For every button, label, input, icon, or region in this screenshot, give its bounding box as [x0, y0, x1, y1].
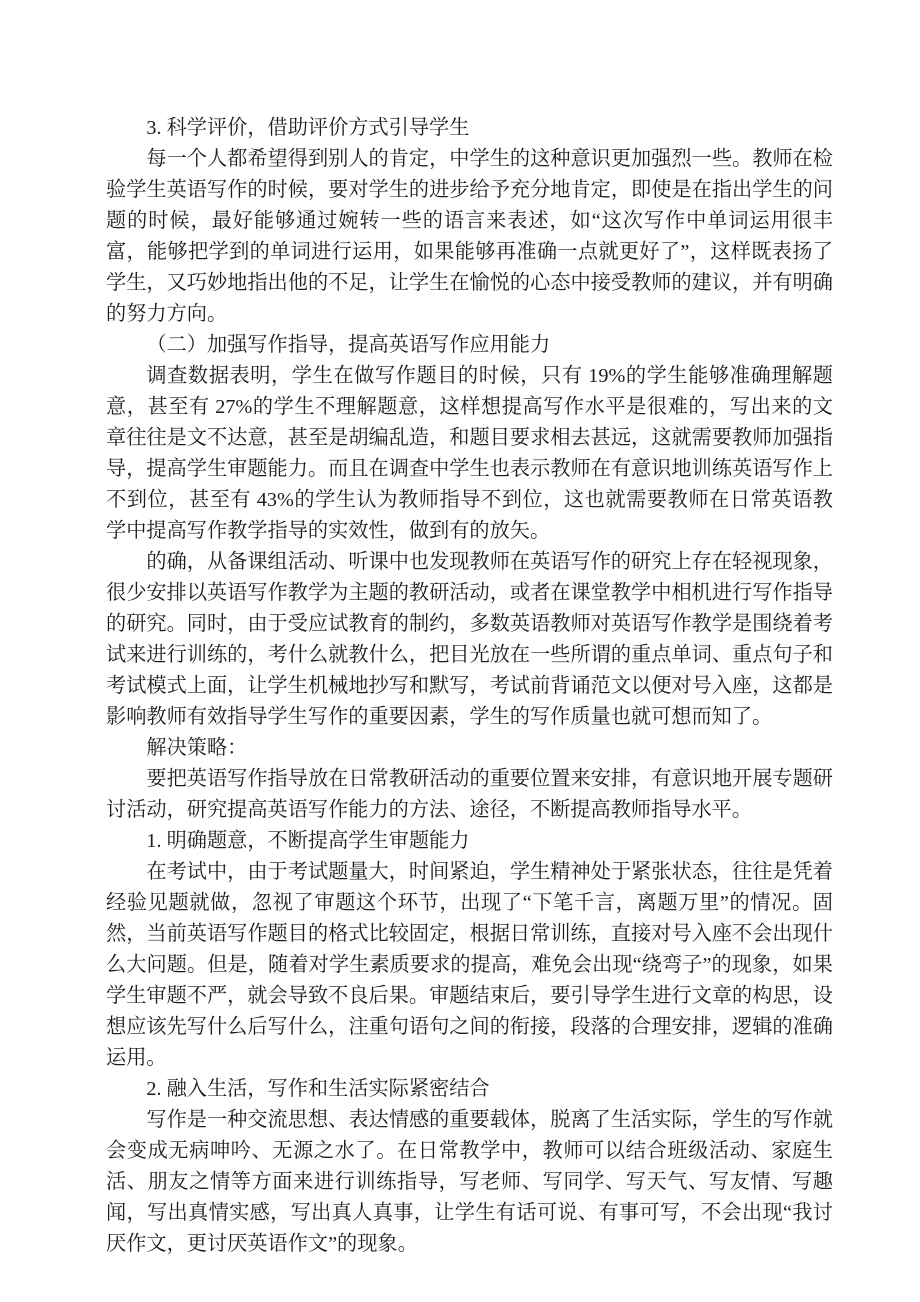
paragraph: 每一个人都希望得到别人的肯定，中学生的这种意识更加强烈一些。教师在检验学生英语写…: [106, 144, 833, 330]
section-heading: 解决策略：: [106, 733, 833, 764]
paragraph: 写作是一种交流思想、表达情感的重要载体，脱离了生活实际，学生的写作就会变成无病呻…: [106, 1105, 833, 1260]
document-body: 3. 科学评价，借助评价方式引导学生每一个人都希望得到别人的肯定，中学生的这种意…: [106, 113, 833, 1260]
paragraph: 调查数据表明，学生在做写作题目的时候，只有 19%的学生能够准确理解题意，甚至有…: [106, 361, 833, 547]
section-heading: 1. 明确题意，不断提高学生审题能力: [106, 826, 833, 857]
paragraph: 在考试中，由于考试题量大，时间紧迫，学生精神处于紧张状态，往往是凭着经验见题就做…: [106, 857, 833, 1074]
section-heading: 2. 融入生活，写作和生活实际紧密结合: [106, 1074, 833, 1105]
document-page: 3. 科学评价，借助评价方式引导学生每一个人都希望得到别人的肯定，中学生的这种意…: [0, 0, 920, 1302]
paragraph: 要把英语写作指导放在日常教研活动的重要位置来安排，有意识地开展专题研讨活动，研究…: [106, 764, 833, 826]
paragraph: 的确，从备课组活动、听课中也发现教师在英语写作的研究上存在轻视现象，很少安排以英…: [106, 547, 833, 733]
section-heading: 3. 科学评价，借助评价方式引导学生: [106, 113, 833, 144]
section-heading: （二）加强写作指导，提高英语写作应用能力: [106, 330, 833, 361]
